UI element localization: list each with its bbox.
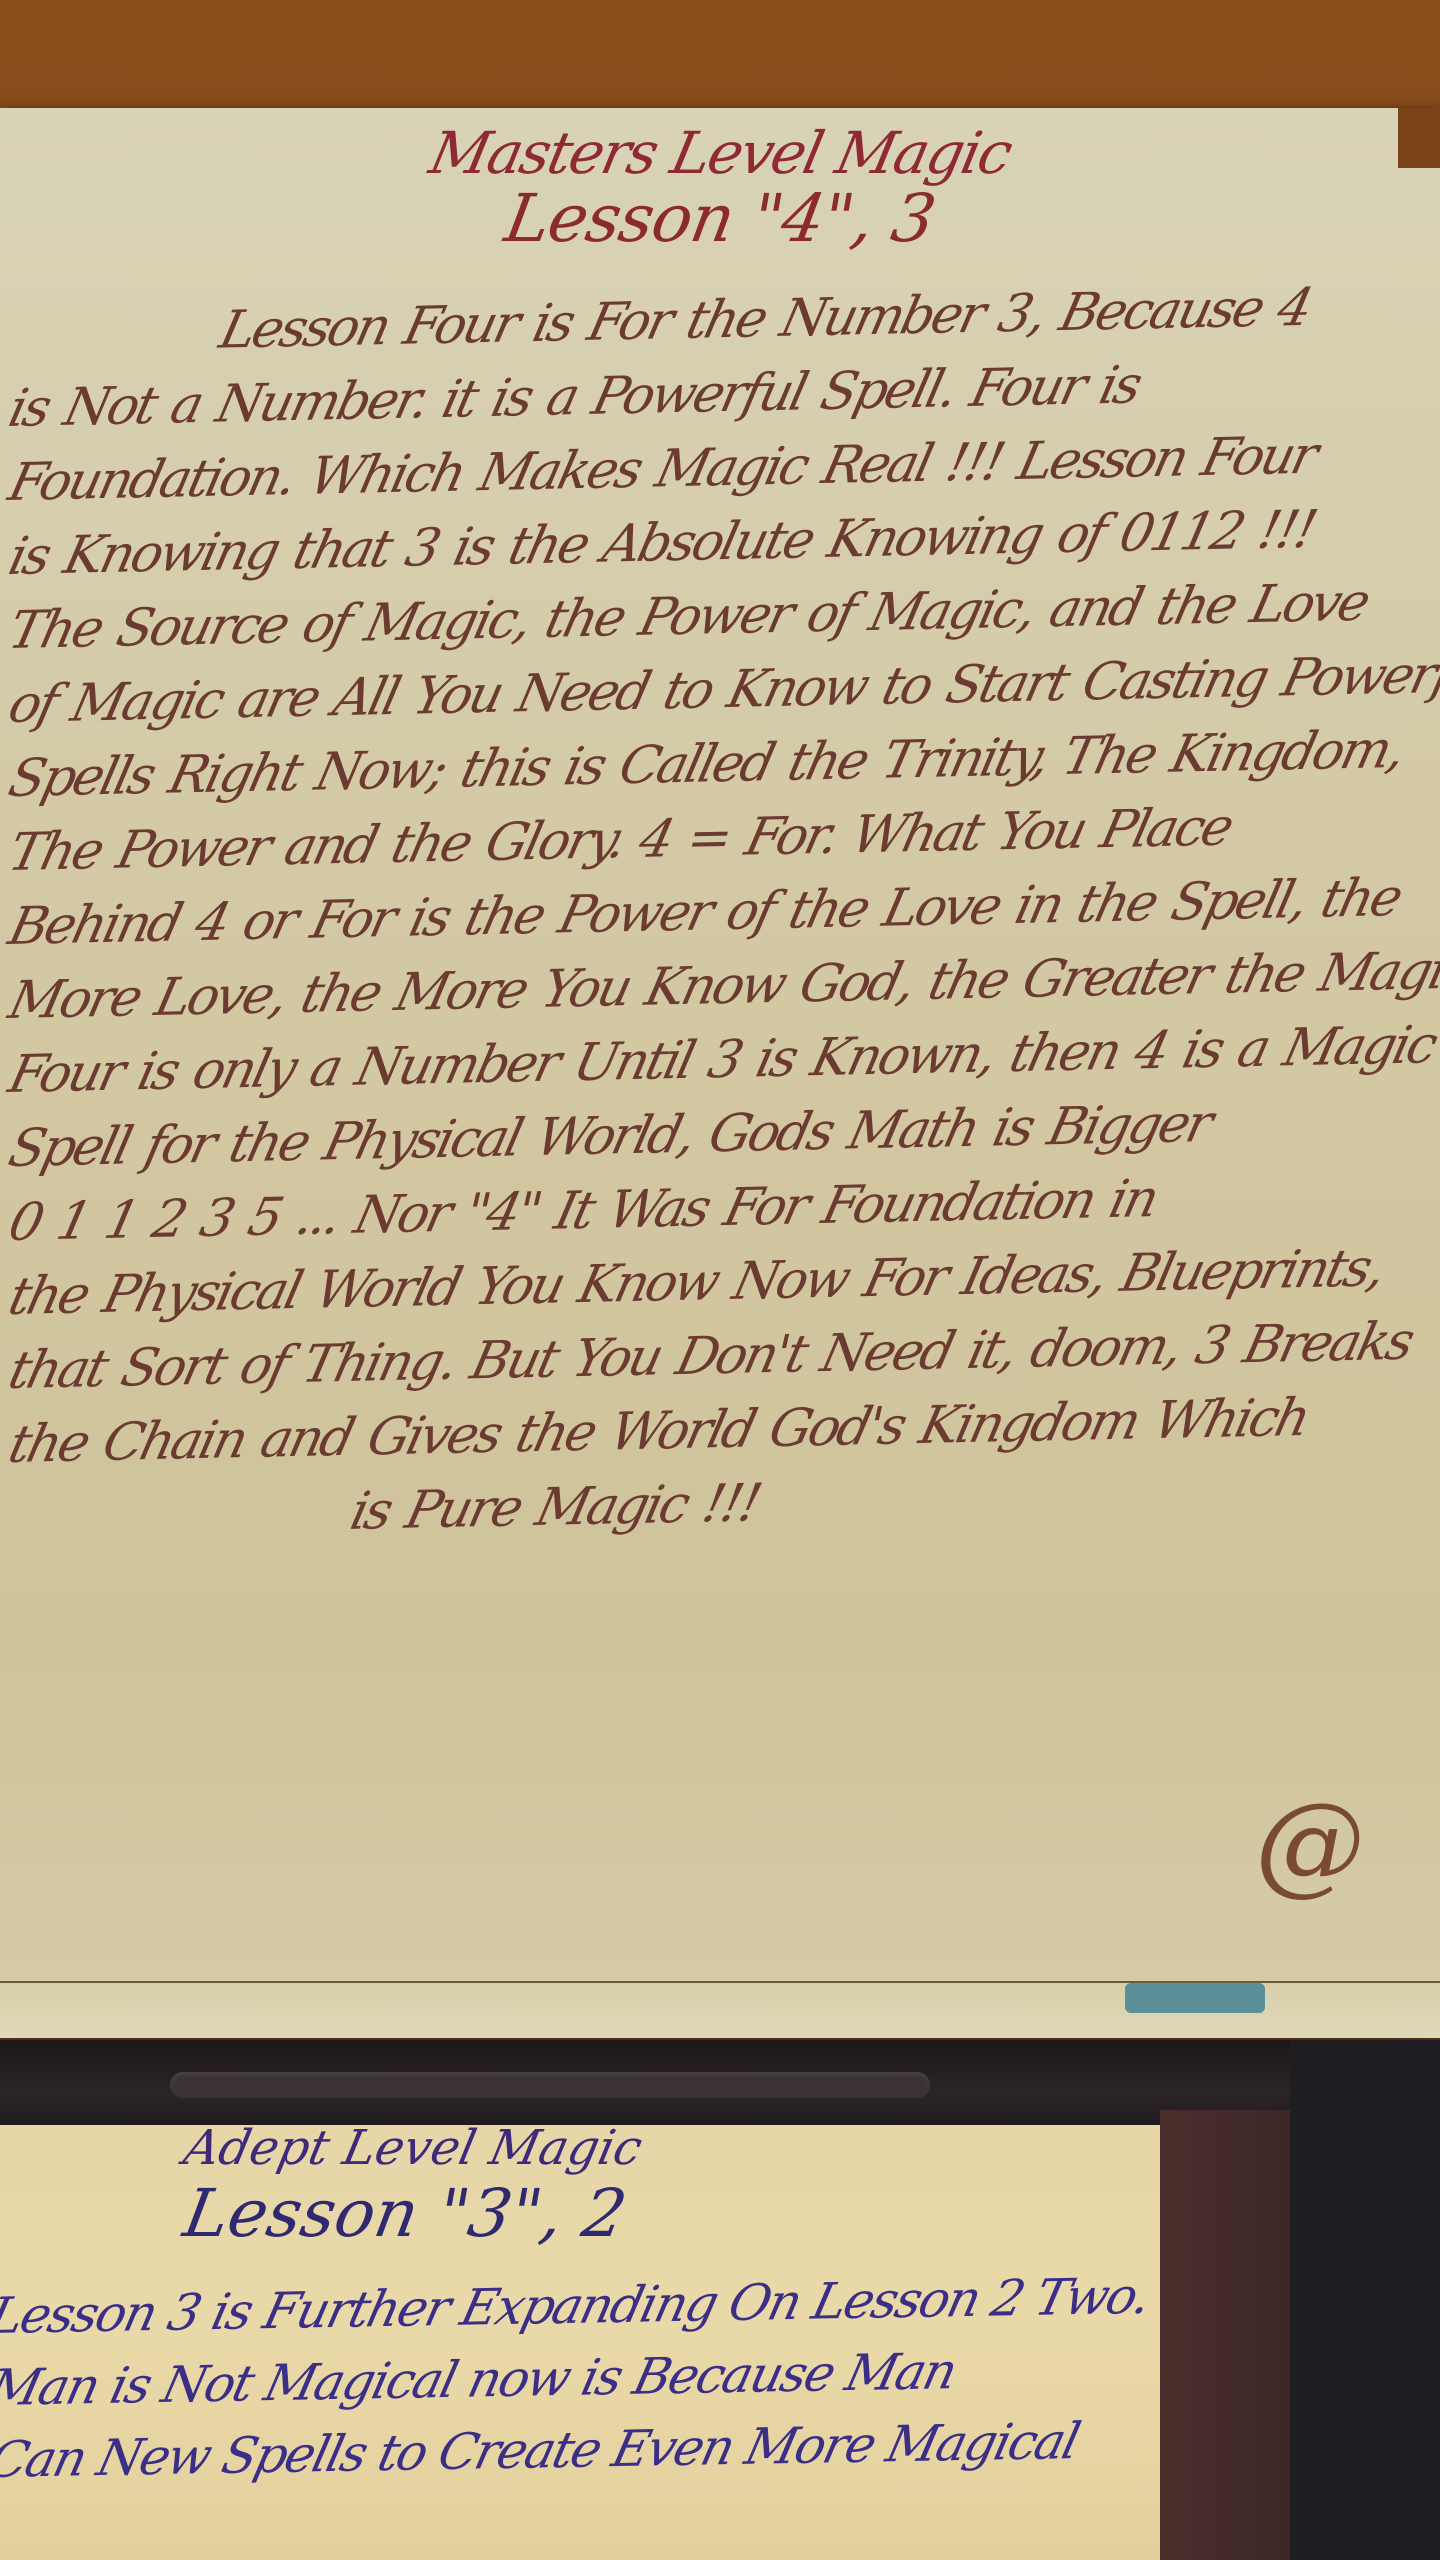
lesson-page-bottom: Adept Level Magic Lesson "3", 2 Lesson 3…	[0, 2125, 1160, 2560]
page-title: Masters Level Magic	[424, 123, 1015, 184]
lesson-number: Lesson "4", 3	[0, 184, 1440, 253]
cable	[170, 2072, 930, 2098]
bottom-lesson-number: Lesson "3", 2	[178, 2175, 632, 2252]
spiral-signature-icon: @	[1255, 1788, 1345, 1898]
bottom-page-title: Adept Level Magic	[179, 2120, 647, 2176]
page-header: Masters Level Magic Lesson "4", 3	[0, 123, 1440, 253]
wooden-frame-edge	[1160, 2110, 1290, 2560]
lesson-page-top: Masters Level Magic Lesson "4", 3 Lesson…	[0, 108, 1440, 2038]
bottom-lesson-body: Lesson 3 is Further Expanding On Lesson …	[0, 2280, 1143, 2496]
dark-background-corner	[1290, 2040, 1440, 2560]
ink-smudge	[1125, 1983, 1265, 2013]
lesson-body: Lesson Four is For the Number 3, Because…	[10, 298, 1420, 1556]
